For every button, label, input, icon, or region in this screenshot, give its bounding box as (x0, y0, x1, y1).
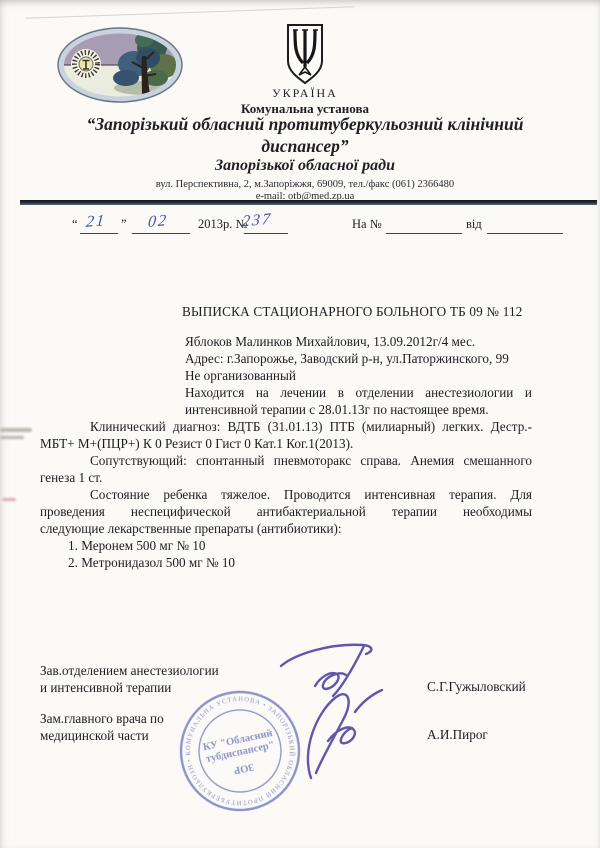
signer2-role-line1: Зам.главного врача по (40, 711, 164, 727)
date-quote-open: “ (72, 217, 78, 232)
treatment-line-2: интенсивной терапии с 28.01.13г по насто… (185, 401, 532, 418)
patient-name-line: Яблоков Малинков Михайлович, 13.09.2012г… (185, 333, 532, 350)
condition-line-2: проведения неспецифической антибактериал… (40, 503, 532, 520)
signer2-role-line2: медицинской части (40, 728, 149, 744)
org-name-line2: диспансер” (10, 136, 600, 157)
signer1-role-line2: и интенсивной терапии (40, 680, 171, 696)
signature-guzhylovsky (281, 645, 371, 696)
scan-smudge (0, 436, 24, 439)
na-number-label: На № (352, 217, 382, 232)
signer2-name: А.И.Пирог (427, 727, 488, 743)
comorbidity-line-2: генеза 1 ст. (40, 469, 532, 486)
treatment-line-1: Находится на лечении в отделении анестез… (185, 384, 532, 401)
org-address: вул. Перспективна, 2, м.Запоріжжя, 69009… (10, 179, 600, 190)
date-year-label: 2013р. № (198, 217, 247, 232)
document-body: ВЫПИСКА СТАЦИОНАРНОГО БОЛЬНОГО ТБ 09 № 1… (40, 303, 532, 571)
org-name-line1: “Запорізький обласний протитуберкульозни… (10, 114, 600, 135)
signer1-name: С.Г.Гужыловский (427, 679, 526, 695)
condition-line-3: следующие лекарственные препараты (антиб… (40, 520, 532, 537)
patient-address-line: Адрес: г.Запорожье, Заводский р-н, ул.Па… (185, 350, 532, 367)
condition-line-1: Состояние ребенка тяжелое. Проводится ин… (40, 486, 532, 503)
handwritten-month: 02 (147, 212, 169, 232)
org-owner: Запорізької обласної ради (10, 157, 600, 175)
scan-smudge (0, 428, 32, 432)
header-divider (20, 200, 597, 205)
date-quote-close: ” (121, 217, 127, 232)
country-label: УКРАЇНА (10, 86, 600, 101)
handwritten-day: 21 (85, 212, 107, 232)
vid-underline (487, 219, 563, 234)
medication-item-2: 2. Метронидазол 500 мг № 10 (68, 554, 532, 571)
ukraine-trident-icon (282, 23, 328, 85)
scanned-letter-page: УКРАЇНА Комунальна установа “Запорізький… (0, 0, 600, 848)
signature-pirog (308, 690, 382, 778)
document-title: ВЫПИСКА СТАЦИОНАРНОГО БОЛЬНОГО ТБ 09 № 1… (182, 303, 532, 320)
patient-status-line: Не организованный (185, 367, 532, 384)
diagnosis-line-2: МБТ+ М+(ПЦР+) К 0 Резист 0 Гист 0 Кат.1 … (40, 435, 532, 452)
diagnosis-line-1: Клинический диагноз: ВДТБ (31.01.13) ПТБ… (40, 418, 532, 435)
handwritten-signatures (255, 628, 425, 793)
handwritten-number: 237 (241, 211, 272, 232)
vid-label: від (466, 217, 482, 232)
comorbidity-line-1: Сопутствующий: спонтанный пневмоторакс с… (40, 452, 532, 469)
scan-edge-line (25, 6, 355, 19)
scan-smudge (2, 498, 16, 501)
medication-item-1: 1. Меронем 500 мг № 10 (68, 537, 532, 554)
na-number-underline (386, 219, 462, 234)
stamp-center-line3: ЗОР (232, 761, 255, 776)
signer1-role-line1: Зав.отделением анестезиологии (40, 663, 219, 679)
